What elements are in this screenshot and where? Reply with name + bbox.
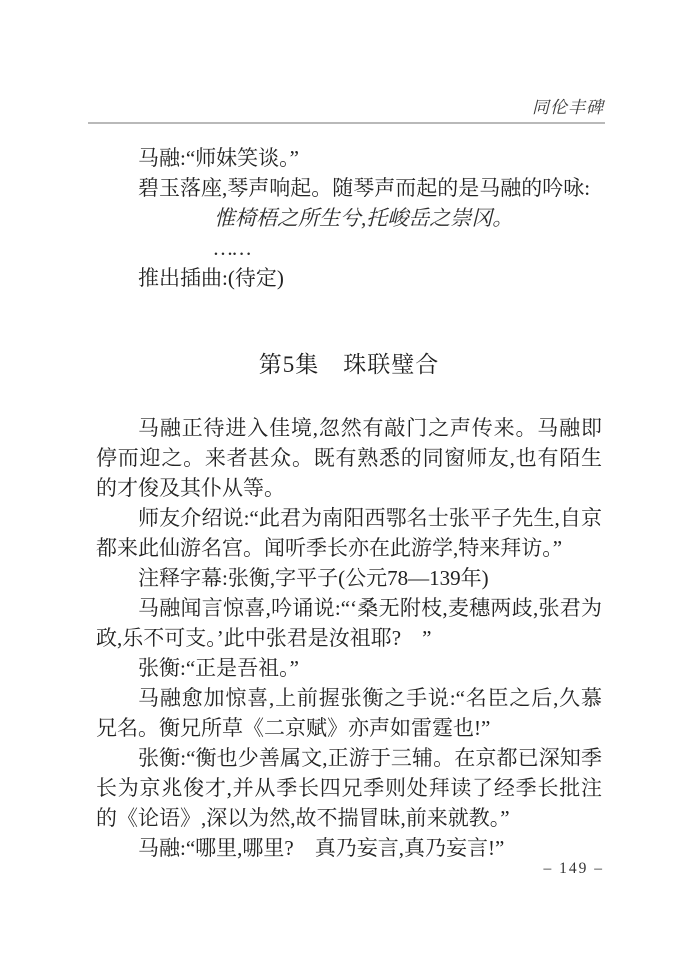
- stage-direction-line: 推出插曲:(待定): [96, 263, 602, 293]
- dialogue-line: 张衡:“正是吾祖。”: [96, 653, 602, 683]
- narration-line: 碧玉落座,琴声响起。随琴声而起的是马融的吟咏:: [96, 173, 602, 203]
- dialogue-paragraph: 马融闻言惊喜,吟诵说:“‘桑无附枝,麦穗两歧,张君为政,乐不可支。’此中张君是汝…: [96, 593, 602, 653]
- verse-line: 惟椅梧之所生兮,托峻岳之崇冈。: [96, 203, 602, 233]
- dialogue-paragraph: 张衡:“衡也少善属文,正游于三辅。在京都已深知季长为京兆俊才,并从季长四兄季则处…: [96, 743, 602, 833]
- caption-line: 注释字幕:张衡,字平子(公元78—139年): [96, 563, 602, 593]
- book-page: 同伦丰碑 马融:“师妹笑谈。” 碧玉落座,琴声响起。随琴声而起的是马融的吟咏: …: [0, 0, 692, 968]
- dialogue-paragraph: 师友介绍说:“此君为南阳西鄂名士张平子先生,自京都来此仙游名宫。闻听季长亦在此游…: [96, 503, 602, 563]
- narration-paragraph: 马融正待进入佳境,忽然有敲门之声传来。马融即停而迎之。来者甚众。既有熟悉的同窗师…: [96, 413, 602, 503]
- dialogue-line: 马融:“师妹笑谈。”: [96, 143, 602, 173]
- page-number: – 149 –: [544, 860, 605, 878]
- chapter-title: 第5集 珠联璧合: [96, 350, 602, 380]
- dialogue-paragraph: 马融愈加惊喜,上前握张衡之手说:“名臣之后,久慕兄名。衡兄所草《二京赋》亦声如雷…: [96, 683, 602, 743]
- ellipsis-line: ……: [96, 233, 602, 263]
- dialogue-line: 马融:“哪里,哪里? 真乃妄言,真乃妄言!”: [96, 833, 602, 863]
- running-header: 同伦丰碑: [0, 98, 692, 118]
- page-body: 马融:“师妹笑谈。” 碧玉落座,琴声响起。随琴声而起的是马融的吟咏: 惟椅梧之所…: [0, 124, 692, 863]
